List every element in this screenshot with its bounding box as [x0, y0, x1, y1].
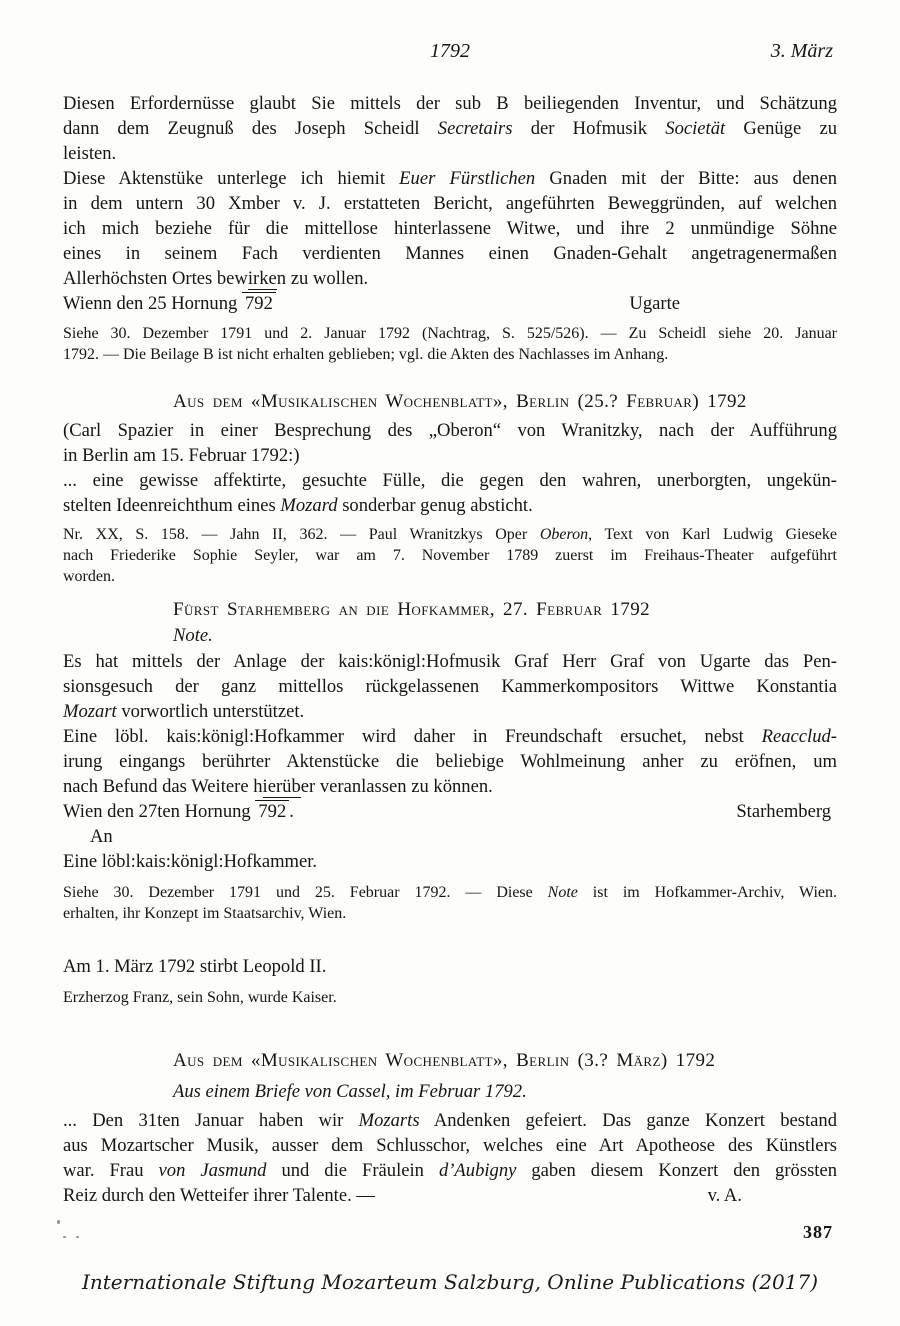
- line-hofkammer: Eine löbl:kais:königl:Hofkammer.: [63, 849, 837, 874]
- text-segment: der Hofmusik: [512, 118, 665, 139]
- footer-credit: Internationale Stiftung Mozarteum Salzbu…: [0, 1270, 900, 1294]
- running-head-year: 1792: [63, 38, 837, 64]
- text-line: in dem untern 30 Xmber v. J. erstatteten…: [63, 191, 837, 216]
- text-line: sionsgesuch der ganz mittellos rückgelas…: [63, 674, 837, 699]
- text-line: Am 1. März 1792 stirbt Leopold II.: [63, 954, 837, 979]
- text-segment: aus Mozartscher Musik, ausser dem Schlus…: [63, 1135, 837, 1156]
- text-line: Erzherzog Franz, sein Sohn, wurde Kaiser…: [63, 987, 837, 1008]
- text-segment: .: [289, 801, 294, 822]
- text-segment: irke: [248, 268, 277, 290]
- page-number: 387: [803, 1222, 833, 1243]
- note-hofkammer-archiv: Siehe 30. Dezember 1791 und 25. Februar …: [63, 882, 837, 924]
- text-segment: sionsgesuch der ganz mittellos rückgelas…: [63, 676, 837, 697]
- text-line: Wien den 27ten Hornung 792.Starhemberg: [63, 799, 837, 824]
- text-segment: Fürst Starhemberg an die Hofkammer, 27. …: [173, 599, 650, 620]
- text-line: Nr. XX, S. 158. — Jahn II, 362. — Paul W…: [63, 524, 837, 545]
- text-segment: sonderbar genug absticht.: [338, 495, 533, 516]
- signoff-starhemberg-name: Starhemberg: [736, 799, 831, 824]
- text-segment: Aus dem «Musikalischen Wochenblatt», Ber…: [173, 1050, 715, 1071]
- text-segment: nach Friederike Sophie Seyler, war am 7.…: [63, 547, 837, 564]
- text-segment: ich mich beziehe für die mittellose hint…: [63, 218, 837, 239]
- text-segment: vorwortlich unterstützet.: [117, 701, 304, 722]
- text-segment: Am 1. März 1792 stirbt Leopold II.: [63, 956, 326, 977]
- text-segment: worden.: [63, 568, 115, 585]
- text-line: Reiz durch den Wetteifer ihrer Talente. …: [63, 1183, 837, 1208]
- text-segment: Gnaden mit der Bitte: aus denen: [535, 168, 837, 189]
- note-wranitzky: Nr. XX, S. 158. — Jahn II, 362. — Paul W…: [63, 524, 837, 587]
- para-inventur: Diesen Erfordernüsse glaubt Sie mittels …: [63, 91, 837, 166]
- text-segment: Reacclud-: [762, 726, 837, 747]
- text-segment: Oberon: [540, 526, 588, 543]
- para-reaccludirung: Eine löbl. kais:königl:Hofkammer wird da…: [63, 724, 837, 799]
- text-line: nach Friederike Sophie Seyler, war am 7.…: [63, 545, 837, 566]
- text-line: dann dem Zeugnuß des Joseph Scheidl Secr…: [63, 116, 837, 141]
- text-line: (Carl Spazier in einer Besprechung des „…: [63, 418, 837, 443]
- para-fuelle: ... eine gewisse affektirte, gesuchte Fü…: [63, 468, 837, 518]
- heading-wochenblatt-februar: Aus dem «Musikalischen Wochenblatt», Ber…: [63, 389, 837, 415]
- text-line: Fürst Starhemberg an die Hofkammer, 27. …: [173, 597, 837, 623]
- scan-speckle: [57, 1220, 60, 1224]
- line-cassel: Aus einem Briefe von Cassel, im Februar …: [63, 1079, 837, 1105]
- text-segment: Societät: [665, 118, 725, 139]
- text-line: Allerhöchsten Ortes bewirken zu wollen.: [63, 266, 837, 291]
- scan-speckle: [76, 1236, 79, 1238]
- text-segment: in Berlin am 15. Februar 1792:): [63, 445, 300, 466]
- signoff-ugarte: Wienn den 25 Hornung 792Ugarte: [63, 291, 837, 316]
- text-line: Diese Aktenstüke unterlege ich hiemit Eu…: [63, 166, 837, 191]
- text-segment: Wien den 27ten Hornung: [63, 801, 255, 822]
- line-kaiser-franz: Erzherzog Franz, sein Sohn, wurde Kaiser…: [63, 987, 837, 1008]
- text-line: aus Mozartscher Musik, ausser dem Schlus…: [63, 1133, 837, 1158]
- text-segment: ist im Hofkammer-Archiv, Wien.: [578, 884, 837, 901]
- text-line: An: [63, 824, 837, 849]
- text-line: Aus dem «Musikalischen Wochenblatt», Ber…: [173, 1048, 837, 1074]
- text-segment: 792: [255, 800, 289, 822]
- text-segment: Mozard: [280, 495, 337, 516]
- text-segment: Secretairs: [438, 118, 513, 139]
- text-segment: leisten.: [63, 143, 116, 164]
- text-segment: Es hat mittels der Anlage der kais:könig…: [63, 651, 837, 672]
- text-segment: 1792. — Die Beilage B ist nicht erhalten…: [63, 346, 668, 363]
- text-line: ... Den 31ten Januar haben wir Mozarts A…: [63, 1108, 837, 1133]
- text-segment: Reiz durch den Wetteifer ihrer Talente. …: [63, 1185, 375, 1206]
- text-line: erhalten, ihr Konzept im Staatsarchiv, W…: [63, 903, 837, 924]
- text-segment: ierüb: [263, 776, 301, 798]
- text-segment: nach Befund das Weitere h: [63, 776, 263, 797]
- text-segment: Note: [548, 884, 578, 901]
- text-line: in Berlin am 15. Februar 1792:): [63, 443, 837, 468]
- running-head-date: 3. März: [771, 38, 833, 64]
- text-segment: Note.: [173, 625, 213, 646]
- text-blocks: Diesen Erfordernüsse glaubt Sie mittels …: [63, 91, 837, 1208]
- text-segment: Nr. XX, S. 158. — Jahn II, 362. — Paul W…: [63, 526, 540, 543]
- text-line: Wienn den 25 Hornung 792Ugarte: [63, 291, 837, 316]
- text-line: Eine löbl:kais:königl:Hofkammer.: [63, 849, 837, 874]
- text-segment: Andenken gefeiert. Das ganze Konzert bes…: [420, 1110, 837, 1131]
- text-line: stelten Ideenreichthum eines Mozard sond…: [63, 493, 837, 518]
- line-leopold: Am 1. März 1792 stirbt Leopold II.: [63, 954, 837, 979]
- text-line: eines in seinem Fach verdienten Mannes e…: [63, 241, 837, 266]
- signoff-starhemberg: Wien den 27ten Hornung 792.Starhemberg: [63, 799, 837, 824]
- note-nachtrag: Siehe 30. Dezember 1791 und 2. Januar 17…: [63, 323, 837, 365]
- text-line: Aus dem «Musikalischen Wochenblatt», Ber…: [173, 389, 837, 415]
- text-line: Eine löbl. kais:königl:Hofkammer wird da…: [63, 724, 837, 749]
- text-segment: eines in seinem Fach verdienten Mannes e…: [63, 243, 837, 264]
- text-segment: , Text von Karl Ludwig Gieseke: [588, 526, 837, 543]
- heading-starhemberg: Fürst Starhemberg an die Hofkammer, 27. …: [63, 597, 837, 623]
- scanned-book-page: 1792 3. März Diesen Erfordernüsse glaubt…: [0, 0, 900, 1326]
- text-segment: dann dem Zeugnuß des Joseph Scheidl: [63, 118, 438, 139]
- text-segment: stelten Ideenreichthum eines: [63, 495, 280, 516]
- line-an: An: [63, 824, 837, 849]
- text-segment: war. Frau: [63, 1160, 159, 1181]
- page-content: 1792 3. März Diesen Erfordernüsse glaubt…: [63, 38, 837, 1208]
- text-line: Mozart vorwortlich unterstützet.: [63, 699, 837, 724]
- running-head: 1792 3. März: [63, 38, 837, 64]
- text-line: 1792. — Die Beilage B ist nicht erhalten…: [63, 344, 837, 365]
- text-line: irung eingangs berührter Aktenstücke die…: [63, 749, 837, 774]
- text-segment: An: [90, 826, 113, 847]
- line-note: Note.: [63, 623, 837, 649]
- text-segment: Euer Fürstlichen: [399, 168, 535, 189]
- text-line: nach Befund das Weitere hierüber veranla…: [63, 774, 837, 799]
- text-segment: Eine löbl. kais:königl:Hofkammer wird da…: [63, 726, 762, 747]
- text-segment: Siehe 30. Dezember 1791 und 25. Februar …: [63, 884, 548, 901]
- text-segment: von Jasmund: [159, 1160, 267, 1181]
- para-pensionsgesuch: Es hat mittels der Anlage der kais:könig…: [63, 649, 837, 724]
- text-segment: Diesen Erfordernüsse glaubt Sie mittels …: [63, 93, 837, 114]
- text-segment: Erzherzog Franz, sein Sohn, wurde Kaiser…: [63, 989, 337, 1006]
- text-segment: (Carl Spazier in einer Besprechung des „…: [63, 420, 837, 441]
- para-spazier: (Carl Spazier in einer Besprechung des „…: [63, 418, 837, 468]
- text-segment: gaben diesem Konzert den grössten: [516, 1160, 837, 1181]
- text-segment: und die Fräulein: [266, 1160, 438, 1181]
- text-line: ich mich beziehe für die mittellose hint…: [63, 216, 837, 241]
- text-segment: Mozart: [63, 701, 117, 722]
- text-segment: Siehe 30. Dezember 1791 und 2. Januar 17…: [63, 325, 837, 342]
- signoff-ugarte-name: Ugarte: [629, 291, 680, 316]
- text-segment: Eine löbl:kais:königl:Hofkammer.: [63, 851, 317, 872]
- text-segment: irung eingangs berührter Aktenstücke die…: [63, 751, 837, 772]
- text-segment: Allerhöchsten Ortes bew: [63, 268, 248, 289]
- text-segment: Genüge zu: [725, 118, 837, 139]
- scan-speckle: [63, 1236, 66, 1238]
- text-line: war. Frau von Jasmund und die Fräulein d…: [63, 1158, 837, 1183]
- text-segment: Wienn den 25 Hornung: [63, 293, 242, 314]
- text-segment: 792: [242, 292, 276, 314]
- para-aktenstuecke: Diese Aktenstüke unterlege ich hiemit Eu…: [63, 166, 837, 291]
- text-segment: er veranlassen zu können.: [301, 776, 493, 797]
- text-line: worden.: [63, 566, 837, 587]
- text-segment: d’Aubigny: [439, 1160, 516, 1181]
- text-line: Aus einem Briefe von Cassel, im Februar …: [173, 1079, 837, 1105]
- text-line: leisten.: [63, 141, 837, 166]
- text-line: Note.: [173, 623, 837, 649]
- text-segment: ... Den 31ten Januar haben wir: [63, 1110, 359, 1131]
- text-segment: Aus dem «Musikalischen Wochenblatt», Ber…: [173, 391, 747, 412]
- text-segment: erhalten, ihr Konzept im Staatsarchiv, W…: [63, 905, 346, 922]
- text-segment: Diese Aktenstüke unterlege ich hiemit: [63, 168, 399, 189]
- text-segment: n zu wollen.: [277, 268, 368, 289]
- text-line: Siehe 30. Dezember 1791 und 2. Januar 17…: [63, 323, 837, 344]
- text-segment: Mozarts: [359, 1110, 420, 1131]
- text-line: Es hat mittels der Anlage der kais:könig…: [63, 649, 837, 674]
- signoff-va: Reiz durch den Wetteifer ihrer Talente. …: [63, 1183, 837, 1208]
- text-segment: in dem untern 30 Xmber v. J. erstatteten…: [63, 193, 837, 214]
- heading-wochenblatt-maerz: Aus dem «Musikalischen Wochenblatt», Ber…: [63, 1048, 837, 1074]
- para-konzert: ... Den 31ten Januar haben wir Mozarts A…: [63, 1108, 837, 1183]
- text-line: ... eine gewisse affektirte, gesuchte Fü…: [63, 468, 837, 493]
- text-line: Diesen Erfordernüsse glaubt Sie mittels …: [63, 91, 837, 116]
- signoff-va-name: v. A.: [708, 1183, 742, 1208]
- text-line: Siehe 30. Dezember 1791 und 25. Februar …: [63, 882, 837, 903]
- text-segment: ... eine gewisse affektirte, gesuchte Fü…: [63, 470, 837, 491]
- text-segment: Aus einem Briefe von Cassel, im Februar …: [173, 1081, 527, 1102]
